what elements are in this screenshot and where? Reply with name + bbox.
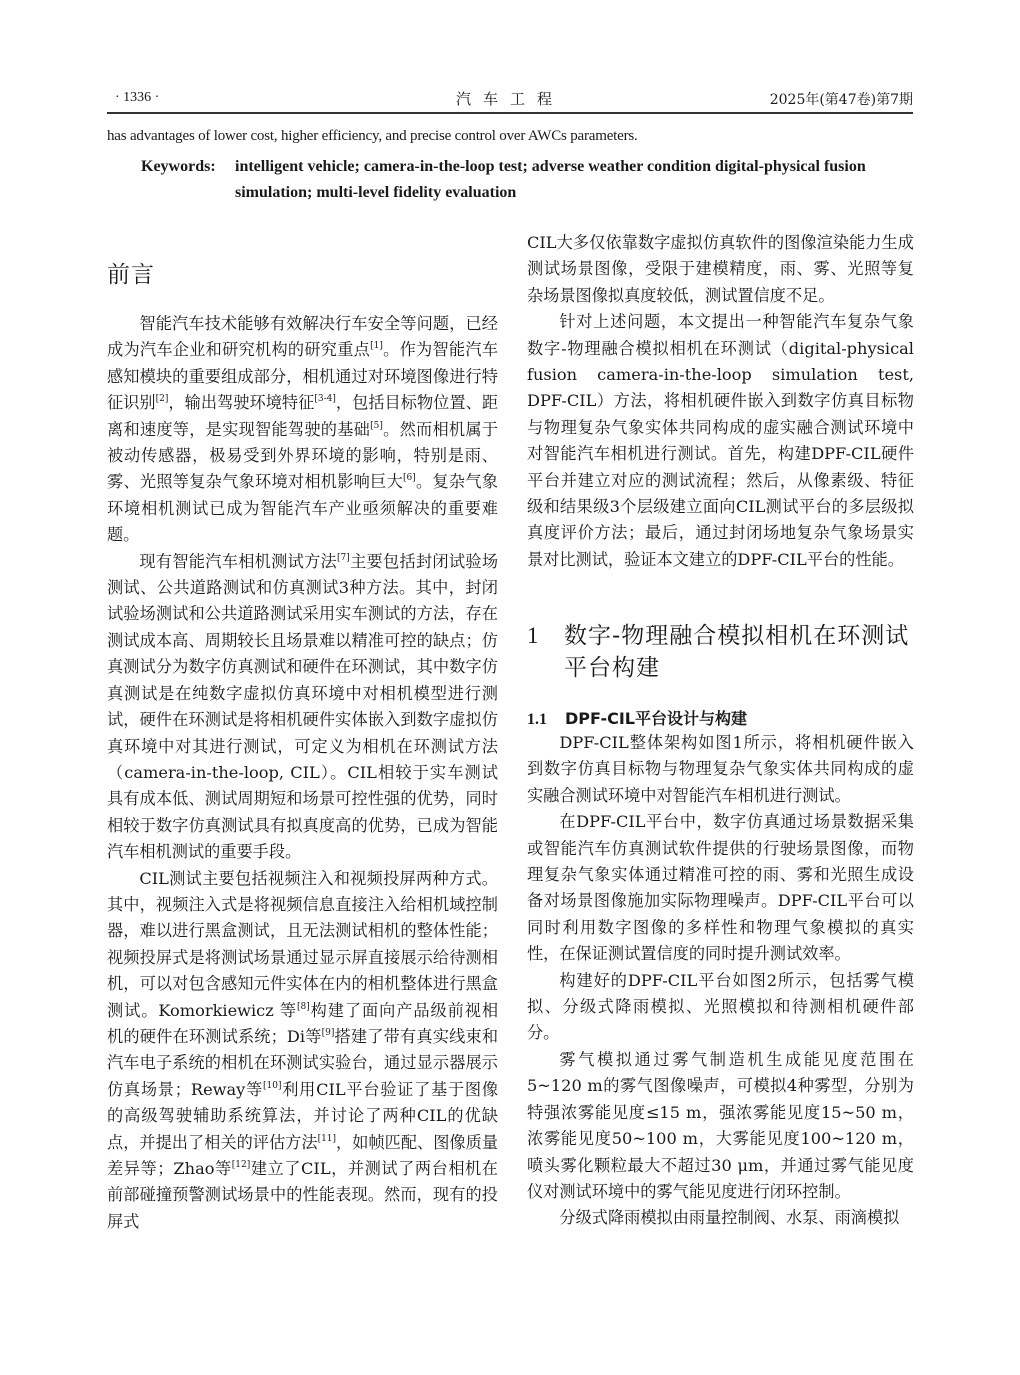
preface-heading: 前言 <box>107 256 155 289</box>
section-1-number: 1 <box>527 620 539 652</box>
citation: [12] <box>232 1160 250 1170</box>
issue-info: 2025年(第47卷)第7期 <box>770 89 913 109</box>
paragraph: 雾气模拟通过雾气制造机生成能见度范围在5~120 m的雾气图像噪声，可模拟4种雾… <box>527 1047 914 1205</box>
paragraph: CIL测试主要包括视频注入和视频投屏两种方式。其中，视频注入式是将视频信息直接注… <box>107 866 498 1236</box>
paragraph: 智能汽车技术能够有效解决行车安全等问题，已经成为汽车企业和研究机构的研究重点[1… <box>107 311 498 549</box>
citation: [2] <box>156 394 169 404</box>
keywords-values: intelligent vehicle; camera-in-the-loop … <box>235 154 916 206</box>
right-column-intro: CIL大多仅依靠数字虚拟仿真软件的图像渲染能力生成测试场景图像，受限于建模精度，… <box>527 230 914 573</box>
keywords-label: Keywords: <box>141 154 216 180</box>
citation: [9] <box>322 1028 335 1038</box>
section-1-1-title: DPF-CIL平台设计与构建 <box>565 709 747 728</box>
citation: [8] <box>297 1002 310 1012</box>
citation: [5] <box>370 421 383 431</box>
paragraph: DPF-CIL整体架构如图1所示，将相机硬件嵌入到数字仿真目标物与物理复杂气象实… <box>527 730 914 809</box>
paragraph: CIL大多仅依靠数字虚拟仿真软件的图像渲染能力生成测试场景图像，受限于建模精度，… <box>527 230 914 309</box>
running-header: · 1336 · 汽车工程 2025年(第47卷)第7期 <box>107 88 913 110</box>
section-1-1-number: 1.1 <box>527 711 547 728</box>
citation: [7] <box>337 553 350 563</box>
paragraph: 分级式降雨模拟由雨量控制阀、水泵、雨滴模拟 <box>527 1205 914 1231</box>
citation: [3-4] <box>314 394 336 404</box>
paragraph: 在DPF-CIL平台中，数字仿真通过场景数据采集或智能汽车仿真测试软件提供的行驶… <box>527 809 914 967</box>
paragraph: 针对上述问题，本文提出一种智能汽车复杂气象数字-物理融合模拟相机在环测试（dig… <box>527 309 914 573</box>
keywords: Keywords: intelligent vehicle; camera-in… <box>141 154 916 206</box>
paragraph: 构建好的DPF-CIL平台如图2所示，包括雾气模拟、分级式降雨模拟、光照模拟和待… <box>527 968 914 1047</box>
citation: [11] <box>318 1134 336 1144</box>
right-column-section: DPF-CIL整体架构如图1所示，将相机硬件嵌入到数字仿真目标物与物理复杂气象实… <box>527 730 914 1232</box>
left-column: 智能汽车技术能够有效解决行车安全等问题，已经成为汽车企业和研究机构的研究重点[1… <box>107 311 498 1235</box>
section-1-1-heading: 1.1DPF-CIL平台设计与构建 <box>527 706 747 729</box>
citation: [6] <box>403 473 416 483</box>
citation: [1] <box>370 341 383 351</box>
paragraph: 现有智能汽车相机测试方法[7]主要包括封闭试验场测试、公共道路测试和仿真测试3种… <box>107 549 498 866</box>
header-rule <box>107 112 913 114</box>
citation: [10] <box>263 1081 281 1091</box>
abstract-tail: has advantages of lower cost, higher eff… <box>107 128 638 145</box>
section-1-title: 数字-物理融合模拟相机在环测试平台构建 <box>564 620 914 684</box>
section-1-heading: 1 数字-物理融合模拟相机在环测试平台构建 <box>527 620 914 684</box>
